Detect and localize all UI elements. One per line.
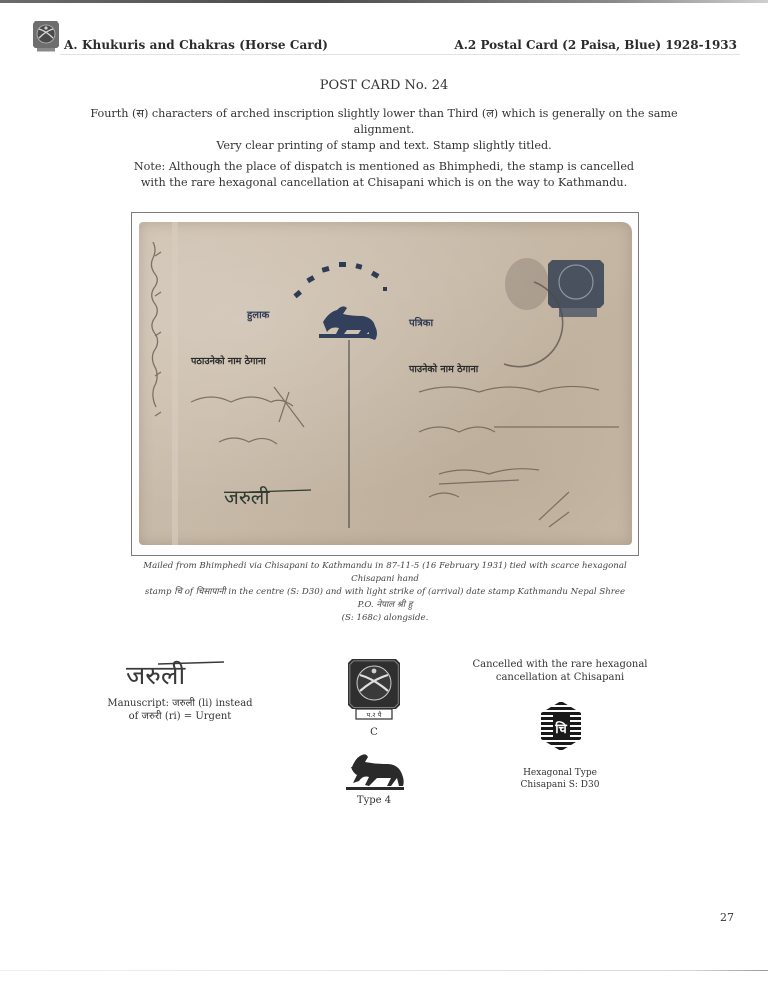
hexagonal-cancellation-icon: चि [540, 700, 582, 752]
manuscript-label-line: Manuscript: जरुली (li) instead [95, 697, 265, 710]
manuscript-label: Manuscript: जरुली (li) instead of जरुरी … [95, 697, 265, 723]
note: Note: Although the place of dispatch is … [100, 159, 668, 191]
postcard-left-label: हुलाक [246, 310, 271, 322]
stamp-denomination: प.२ पै [367, 711, 382, 719]
manuscript-urgent-text: जरुली [126, 660, 186, 691]
postcard-artwork: हुलाक पत्रिका पठाउनेको नाम ठेगाना पाउनेक… [139, 222, 632, 545]
description-line: Fourth (स) characters of arched inscript… [60, 106, 708, 138]
hexagonal-type-label: Hexagonal Type Chisapani S: D30 [490, 767, 630, 791]
postcard-caption: Mailed from Bhimphedi via Chisapani to K… [137, 560, 633, 625]
horse-type-4-icon [340, 753, 408, 793]
postcard-image: हुलाक पत्रिका पठाउनेको नाम ठेगाना पाउनेक… [139, 222, 632, 545]
subsection-title: A.2 Postal Card (2 Paisa, Blue) 1928-193… [454, 38, 737, 52]
postage-stamp [548, 260, 604, 317]
cancellation-label: Cancelled with the rare hexagonal cancel… [470, 658, 650, 684]
hexagonal-type-line: Chisapani S: D30 [490, 779, 630, 791]
manuscript-label-line: of जरुरी (ri) = Urgent [95, 710, 265, 723]
caption-line: Mailed from Bhimphedi via Chisapani to K… [137, 560, 633, 586]
cancellation-label-line: Cancelled with the rare hexagonal [470, 658, 650, 671]
note-line: Note: Although the place of dispatch is … [100, 159, 668, 175]
postcard-image-frame: हुलाक पत्रिका पठाउनेको नाम ठेगाना पाउनेक… [131, 212, 639, 556]
postcard-right-label: पत्रिका [408, 316, 433, 329]
cancellation-glyph: चि [554, 721, 567, 737]
description: Fourth (स) characters of arched inscript… [60, 106, 708, 154]
khukuri-chakra-stamp-icon [32, 19, 60, 52]
page-title: POST CARD No. 24 [0, 78, 768, 93]
top-page-rule [0, 0, 768, 3]
header-divider [60, 54, 740, 55]
caption-line: stamp चि of चिसापानी in the centre (S: D… [137, 586, 633, 612]
receiver-label: पाउनेको नाम ठेगाना [408, 363, 479, 375]
horse-type-label: Type 4 [340, 795, 408, 806]
caption-line: (S: 168c) alongside. [137, 612, 633, 625]
manuscript-urgent-image: जरुली [120, 650, 230, 692]
urgent-manuscript: जरुली [224, 485, 270, 509]
hexagonal-type-line: Hexagonal Type [490, 767, 630, 779]
bottom-page-rule [0, 970, 768, 971]
note-line: with the rare hexagonal cancellation at … [100, 175, 668, 191]
stamp-type-c-icon: प.२ पै [346, 657, 402, 721]
description-line: Very clear printing of stamp and text. S… [60, 138, 708, 154]
section-title: A. Khukuris and Chakras (Horse Card) [64, 38, 328, 52]
page-number: 27 [712, 911, 742, 924]
page-header: A. Khukuris and Chakras (Horse Card) A.2… [32, 17, 737, 57]
stamp-type-label: C [346, 727, 402, 738]
sender-label: पठाउनेको नाम ठेगाना [190, 355, 266, 367]
cancellation-label-line: cancellation at Chisapani [470, 671, 650, 684]
